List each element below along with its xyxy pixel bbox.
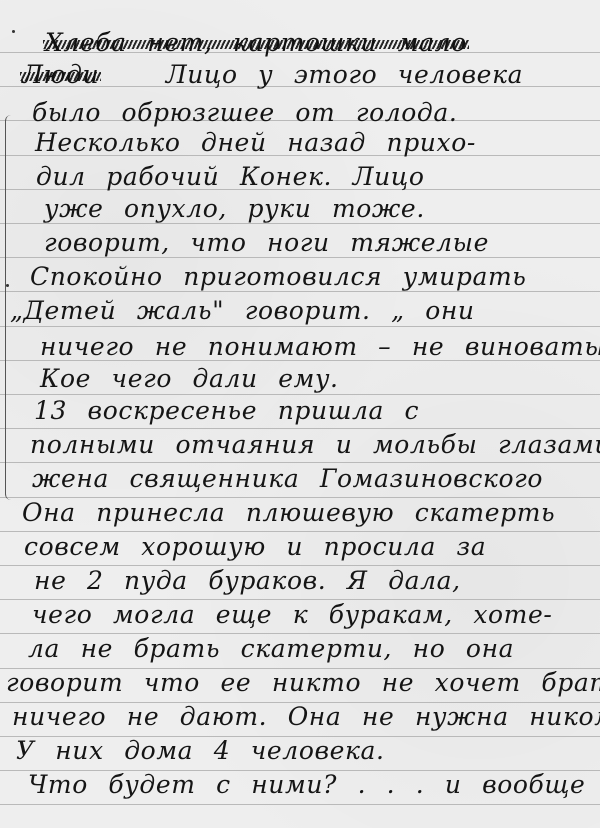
ruled-line xyxy=(0,257,600,258)
crossed-out-text: Хлеба нет, картошки мало xyxy=(45,30,467,55)
text-line: чего могла еще к буракам, хоте- xyxy=(32,602,552,627)
ruled-line xyxy=(0,326,600,327)
text-line: ничего не дают. Она не нужна никому. xyxy=(12,704,600,729)
text-line: ничего не понимают – не виноваты" xyxy=(40,334,600,359)
struck-line: Хлеба нет, картошки мало xyxy=(45,30,467,55)
text-line: У них дома 4 человека. xyxy=(16,738,385,763)
text-line: уже опухло, руки тоже. xyxy=(44,196,425,221)
text-line: Кое чего дали ему. xyxy=(40,366,339,391)
ruled-line xyxy=(0,804,600,805)
diary-page: Хлеба нет, картошки мало Люди Лицо у это… xyxy=(0,0,600,828)
line-text: Лицо у этого человека xyxy=(166,60,523,89)
text-line: дил рабочий Конек. Лицо xyxy=(36,164,424,189)
text-line: жена священника Гомазиновского xyxy=(32,466,543,491)
ink-speck xyxy=(12,30,15,33)
text-line: говорит что ее никто не хочет брать. xyxy=(6,670,600,695)
text-line: 13 воскресенье пришла с xyxy=(34,398,419,423)
text-line: ла не брать скатерти, но она xyxy=(28,636,514,661)
text-line: Несколько дней назад прихо- xyxy=(35,130,476,155)
text-line: Что будет с ними? . . . и вообще что xyxy=(28,772,600,797)
crossed-out-word: Люди xyxy=(22,62,99,87)
text-line: Она принесла плюшевую скатерть xyxy=(22,500,555,525)
text-line: полными отчаяния и мольбы глазами xyxy=(30,432,600,457)
text-line: совсем хорошую и просила за xyxy=(24,534,486,559)
ruled-line xyxy=(0,394,600,395)
text-line: Спокойно приготовился умирать xyxy=(30,264,527,289)
text-line: не 2 пуда бураков. Я дала, xyxy=(34,568,461,593)
text-line: было обрюзгшее от голода. xyxy=(32,100,457,125)
ruled-line xyxy=(0,223,600,224)
ruled-line xyxy=(0,291,600,292)
ink-speck xyxy=(6,284,9,287)
ruled-line xyxy=(0,428,600,429)
text-line: говорит, что ноги тяжелые xyxy=(44,230,489,255)
text-line: „Детей жаль" говорит. „ они xyxy=(10,298,475,323)
text-line: Люди Лицо у этого человека xyxy=(22,62,523,87)
ruled-line xyxy=(0,462,600,463)
